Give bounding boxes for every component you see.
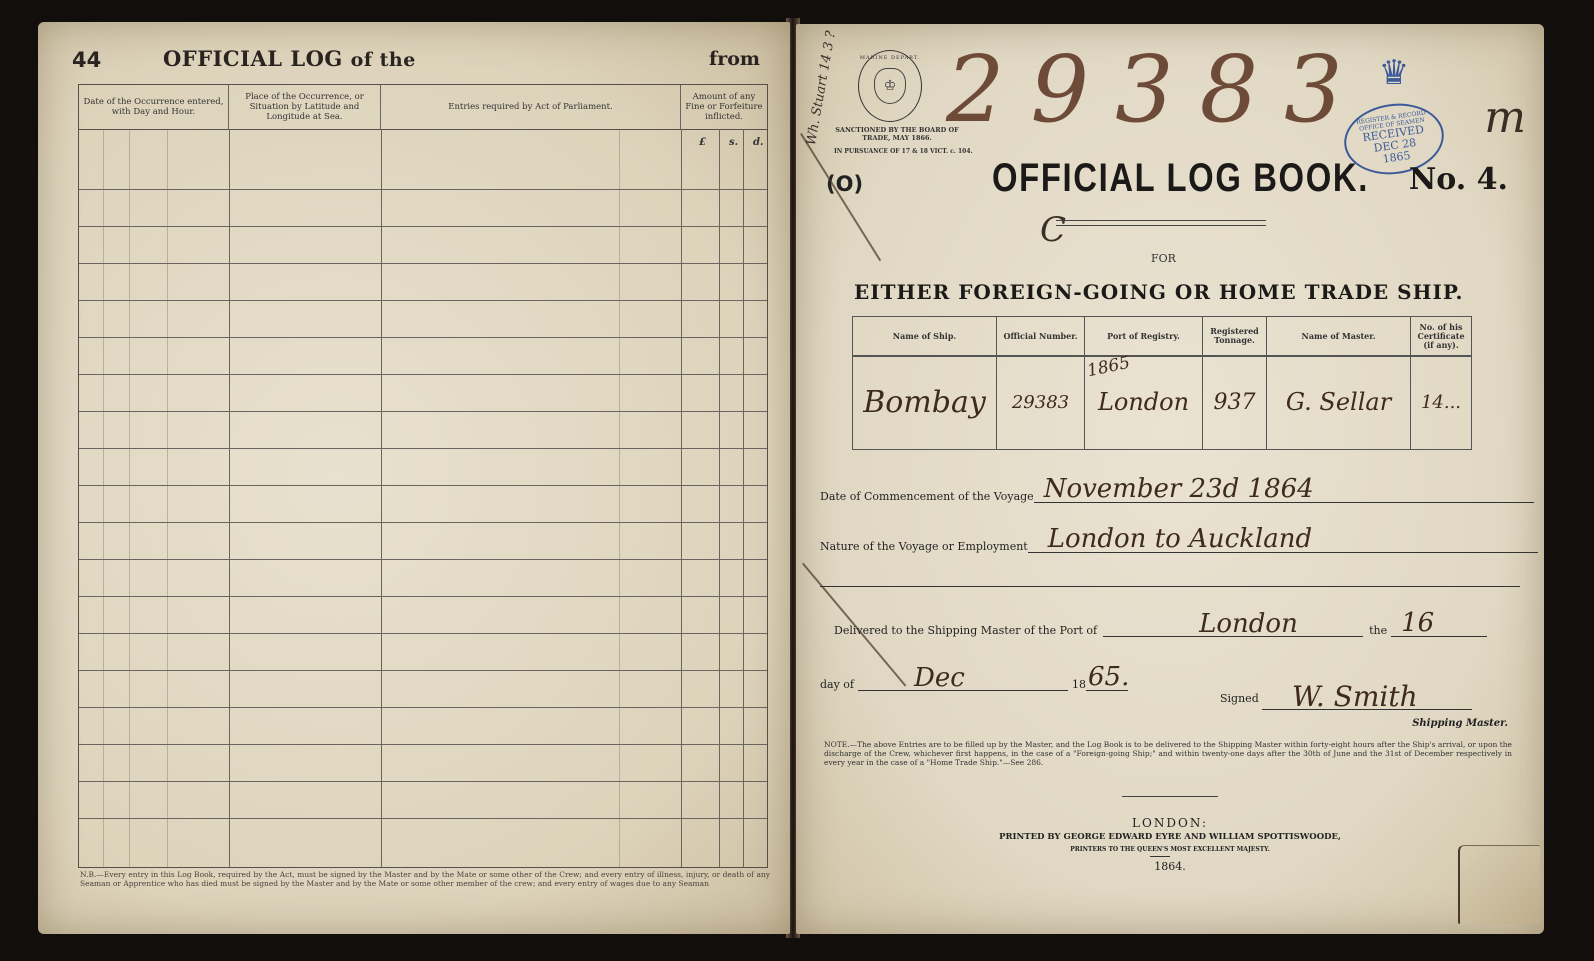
shillings-header: s. bbox=[729, 137, 738, 148]
commencement-value: November 23d 1864 bbox=[1034, 476, 1534, 503]
column-rule bbox=[743, 129, 744, 867]
imprint-printers-to: PRINTERS TO THE QUEEN'S MOST EXCELLENT M… bbox=[796, 846, 1544, 853]
pursuance-text: IN PURSUANCE OF 17 & 18 VICT. c. 104. bbox=[834, 148, 973, 155]
row-rule bbox=[79, 633, 767, 634]
handwritten-official-number: 29383 bbox=[946, 36, 1369, 143]
delivered-day-value: 16 bbox=[1391, 610, 1487, 637]
row-rule bbox=[79, 448, 767, 449]
marine-department-seal: MARINE DEPART. ♔ bbox=[858, 50, 922, 122]
book-number: No. 4. bbox=[1409, 162, 1508, 197]
log-book-title: OFFICIAL LOG BOOK. bbox=[992, 156, 1369, 201]
column-rule bbox=[719, 129, 720, 867]
imprint-city: LONDON: bbox=[796, 816, 1544, 830]
row-rule bbox=[79, 781, 767, 782]
row-rule bbox=[79, 670, 767, 671]
page-number: 44 bbox=[72, 48, 101, 72]
page-title: OFFICIAL LOG of the bbox=[163, 46, 416, 71]
imprint-printed-by: PRINTED BY GEORGE EDWARD EYRE AND WILLIA… bbox=[796, 832, 1544, 842]
col-fine-header: Amount of any Fine or Forfeiture inflict… bbox=[681, 85, 767, 129]
day-of-label: day of bbox=[820, 678, 854, 691]
header-certificate: No. of his Certificate (if any). bbox=[1411, 317, 1471, 355]
log-table-header: Date of the Occurrence entered, with Day… bbox=[79, 85, 767, 130]
row-rule bbox=[79, 818, 767, 819]
for-label: FOR bbox=[1151, 252, 1176, 265]
handwritten-c: C bbox=[1040, 210, 1066, 250]
folded-page-corner bbox=[1458, 845, 1540, 924]
commencement-field: Date of Commencement of the Voyage Novem… bbox=[820, 476, 1534, 503]
row-rule bbox=[79, 189, 767, 190]
header-master: Name of Master. bbox=[1267, 317, 1411, 355]
day-of-field: day of Dec 18 65. bbox=[820, 664, 1128, 691]
row-rule bbox=[79, 707, 767, 708]
pounds-header: £ bbox=[699, 137, 706, 148]
imprint-rule bbox=[1122, 796, 1218, 797]
header-port-registry: Port of Registry. bbox=[1085, 317, 1203, 355]
title-text: OFFICIAL LOG bbox=[163, 46, 343, 71]
delivered-port-value: London bbox=[1103, 611, 1363, 637]
row-rule bbox=[79, 411, 767, 412]
row-rule bbox=[79, 374, 767, 375]
row-rule bbox=[79, 744, 767, 745]
crest-icon: ♔ bbox=[874, 68, 906, 104]
row-rule bbox=[79, 226, 767, 227]
log-table: Date of the Occurrence entered, with Day… bbox=[78, 84, 768, 868]
official-number-value: 29383 bbox=[997, 355, 1085, 449]
right-page: Wh. Stuart 14 3 ? MARINE DEPART. ♔ SANCT… bbox=[796, 24, 1544, 934]
row-rule bbox=[79, 485, 767, 486]
shipping-master-label: Shipping Master. bbox=[1412, 718, 1508, 729]
header-tonnage: Registered Tonnage. bbox=[1203, 317, 1267, 355]
col-date-header: Date of the Occurrence entered, with Day… bbox=[79, 85, 229, 129]
sanctioned-text: SANCTIONED BY THE BOARD OF TRADE, MAY 18… bbox=[832, 126, 962, 142]
delivered-field: Delivered to the Shipping Master of the … bbox=[834, 610, 1487, 637]
ship-name-value: Bombay bbox=[853, 355, 997, 449]
column-rule bbox=[381, 129, 382, 867]
col-place-header: Place of the Occurrence, or Situation by… bbox=[229, 85, 381, 129]
footnote: N.B.—Every entry in this Log Book, requi… bbox=[80, 870, 770, 888]
col-entries-header: Entries required by Act of Parliament. bbox=[381, 85, 681, 129]
nature-value: London to Auckland bbox=[1028, 526, 1538, 553]
faint-rule bbox=[619, 129, 620, 867]
corner-handwritten-mark: m bbox=[1484, 92, 1526, 143]
pence-header: d. bbox=[753, 137, 763, 148]
row-rule bbox=[79, 522, 767, 523]
commencement-label: Date of Commencement of the Voyage bbox=[820, 490, 1034, 503]
faint-rule bbox=[129, 129, 130, 867]
faint-rule bbox=[167, 129, 168, 867]
nature-label: Nature of the Voyage or Employment bbox=[820, 540, 1028, 553]
row-rule bbox=[79, 559, 767, 560]
double-rule bbox=[1056, 220, 1266, 226]
row-rule bbox=[79, 263, 767, 264]
header-ship-name: Name of Ship. bbox=[853, 317, 997, 355]
column-rule bbox=[229, 129, 230, 867]
row-rule bbox=[79, 596, 767, 597]
crown-icon: ♛ bbox=[1374, 54, 1414, 92]
title-suffix: of the bbox=[351, 49, 416, 71]
the-label: the bbox=[1369, 624, 1387, 637]
tonnage-value: 937 bbox=[1203, 355, 1267, 449]
note-text: NOTE.—The above Entries are to be filled… bbox=[824, 740, 1512, 767]
left-page: 44 OFFICIAL LOG of the from Date of the … bbox=[38, 22, 790, 934]
row-rule bbox=[79, 337, 767, 338]
signature: W. Smith bbox=[1262, 680, 1472, 710]
delivered-label: Delivered to the Shipping Master of the … bbox=[834, 624, 1097, 637]
row-rule bbox=[79, 300, 767, 301]
nature-field: Nature of the Voyage or Employment Londo… bbox=[820, 526, 1538, 553]
column-rule bbox=[681, 129, 682, 867]
year-prefix: 18 bbox=[1072, 678, 1086, 691]
from-label: from bbox=[709, 48, 760, 70]
faint-rule bbox=[103, 129, 104, 867]
ship-type-subtitle: EITHER FOREIGN-GOING OR HOME TRADE SHIP. bbox=[854, 280, 1464, 304]
header-official-number: Official Number. bbox=[997, 317, 1085, 355]
imprint-year: 1864. bbox=[796, 860, 1544, 873]
separator-rule bbox=[820, 586, 1520, 587]
year-value: 65. bbox=[1086, 664, 1128, 691]
signed-label: Signed bbox=[1220, 692, 1259, 705]
certificate-value: 14... bbox=[1411, 355, 1471, 449]
year-rule bbox=[1150, 856, 1170, 857]
ship-details-table: Name of Ship. Official Number. Port of R… bbox=[852, 316, 1472, 450]
seal-label: MARINE DEPART. bbox=[859, 55, 921, 61]
master-name-value: G. Sellar bbox=[1267, 355, 1411, 449]
